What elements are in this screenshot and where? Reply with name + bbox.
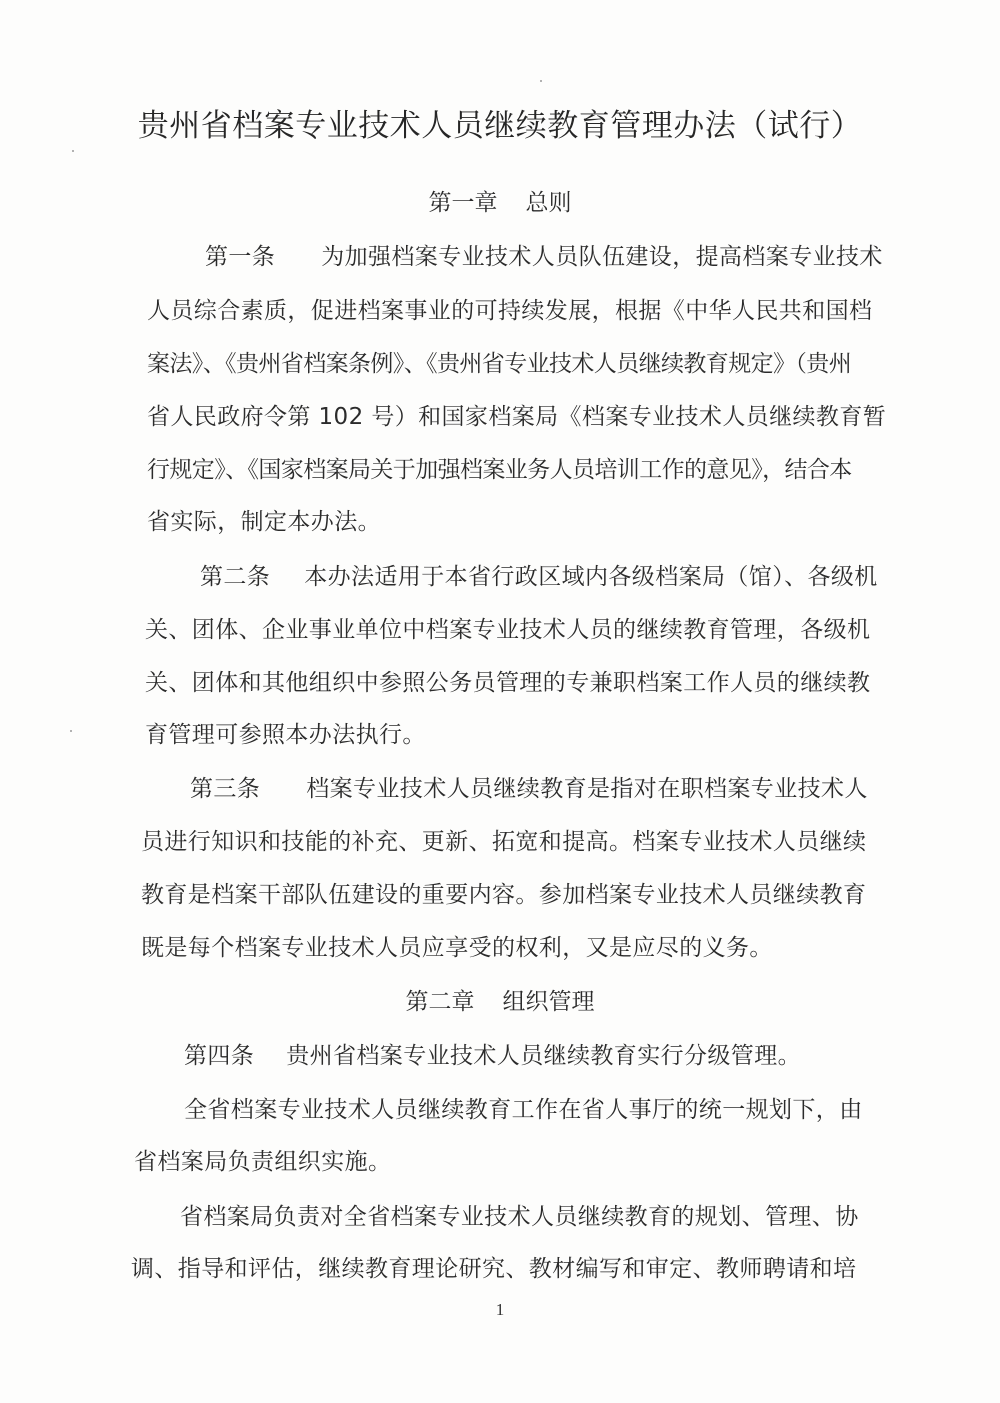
article-line: 第二条本办法适用于本省行政区域内各级档案局（馆）、各级机 — [200, 558, 878, 591]
scan-speck — [540, 80, 542, 82]
article-line: 第一条为加强档案专业技术人员队伍建设，提高档案专业技术 — [205, 238, 883, 271]
scan-speck — [70, 730, 72, 732]
article-line: 育管理可参照本办法执行。 — [145, 716, 426, 749]
chapter-heading: 第二章组织管理 — [0, 983, 1000, 1016]
paragraph-line: 省档案局负责对全省档案专业技术人员继续教育的规划、管理、协 — [180, 1198, 859, 1231]
article-label: 第一条 — [205, 238, 275, 271]
paragraph-line: 省档案局负责组织实施。 — [134, 1143, 391, 1176]
document-title: 贵州省档案专业技术人员继续教育管理办法（试行） — [0, 100, 1000, 145]
article-label: 第二条 — [200, 558, 270, 591]
article-line: 省人民政府令第 102 号）和国家档案局《档案专业技术人员继续教育暂 — [147, 398, 886, 431]
article-line: 案法》、《贵州省档案条例》、《贵州省专业技术人员继续教育规定》（贵州 — [147, 345, 851, 378]
page-number: 1 — [0, 1300, 1000, 1320]
article-text: 为加强档案专业技术人员队伍建设，提高档案专业技术 — [321, 244, 883, 270]
article-line: 第三条档案专业技术人员继续教育是指对在职档案专业技术人 — [190, 770, 868, 803]
chapter-heading: 第一章总则 — [0, 184, 1000, 217]
article-line: 第四条贵州省档案专业技术人员继续教育实行分级管理。 — [184, 1037, 801, 1070]
article-line: 省实际，制定本办法。 — [147, 503, 381, 536]
article-text: 贵州省档案专业技术人员继续教育实行分级管理。 — [286, 1043, 801, 1069]
paragraph-line: 调、指导和评估，继续教育理论研究、教材编写和审定、教师聘请和培 — [131, 1250, 856, 1283]
article-line: 教育是档案干部队伍建设的重要内容。参加档案专业技术人员继续教育 — [141, 876, 866, 909]
chapter-name: 总则 — [526, 190, 572, 216]
scan-speck — [72, 150, 74, 152]
chapter-name: 组织管理 — [503, 989, 595, 1015]
paragraph-line: 全省档案专业技术人员继续教育工作在省人事厅的统一规划下，由 — [184, 1091, 863, 1124]
article-label: 第三条 — [190, 770, 260, 803]
article-line: 既是每个档案专业技术人员应享受的权利，又是应尽的义务。 — [141, 929, 773, 962]
article-line: 员进行知识和技能的补充、更新、拓宽和提高。档案专业技术人员继续 — [141, 823, 866, 856]
chapter-number: 第一章 — [429, 190, 498, 216]
article-text: 档案专业技术人员继续教育是指对在职档案专业技术人 — [306, 776, 868, 802]
article-line: 行规定》、《国家档案局关于加强档案业务人员培训工作的意见》，结合本 — [147, 451, 852, 484]
article-line: 关、团体、企业事业单位中档案专业技术人员的继续教育管理，各级机 — [145, 611, 870, 644]
chapter-number: 第二章 — [406, 989, 475, 1015]
article-line: 人员综合素质，促进档案事业的可持续发展，根据《中华人民共和国档 — [147, 292, 872, 325]
article-line: 关、团体和其他组织中参照公务员管理的专兼职档案工作人员的继续教 — [145, 664, 870, 697]
document-page: 贵州省档案专业技术人员继续教育管理办法（试行） 第一章总则 第一条为加强档案专业… — [0, 0, 1000, 1403]
article-text: 本办法适用于本省行政区域内各级档案局（馆）、各级机 — [304, 564, 878, 590]
article-label: 第四条 — [184, 1037, 254, 1070]
